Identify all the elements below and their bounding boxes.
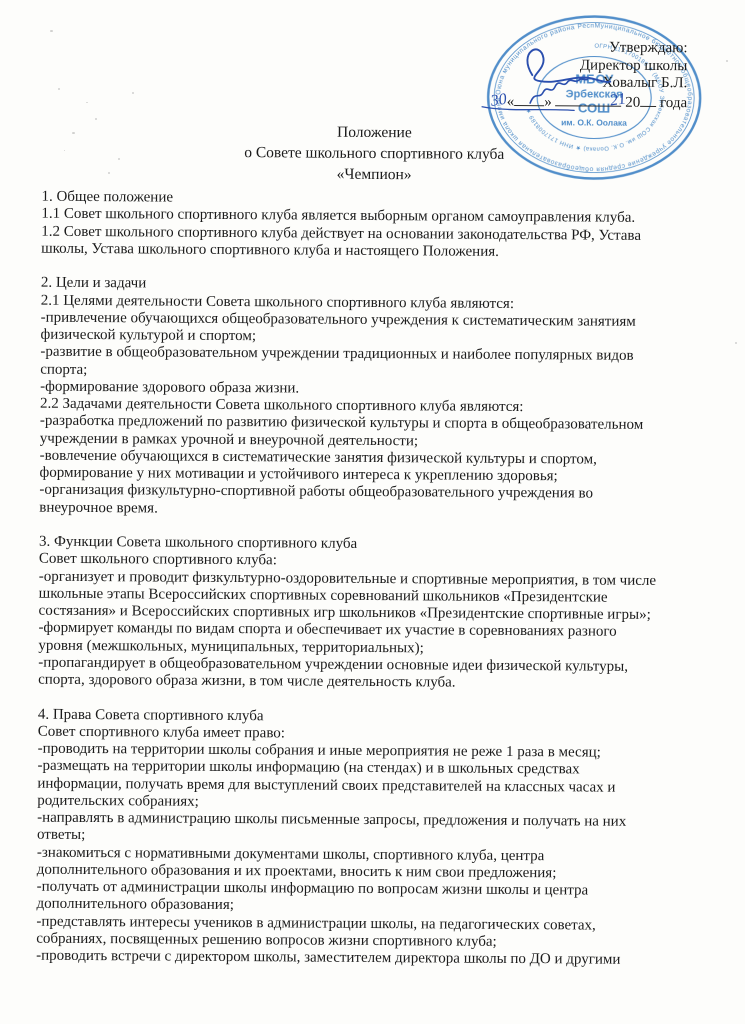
document-body: 1. Общее положение1.1 Совет школьного сп… bbox=[36, 189, 741, 970]
handwritten-day: 30 bbox=[489, 91, 508, 110]
handwritten-year: 21 bbox=[609, 90, 627, 109]
handwritten-month-scribble bbox=[530, 79, 587, 104]
signature-scribble: 30 21 bbox=[468, 41, 684, 120]
document-title: Положениео Совете школьного спортивного … bbox=[2, 121, 745, 189]
document-content: Муниципальное бюджетное общеобразователь… bbox=[0, 0, 745, 1024]
text-line: «Чемпион» bbox=[2, 163, 745, 189]
text-line: -проводить встречи с директором школы, з… bbox=[36, 948, 736, 970]
signature-flourish bbox=[527, 49, 610, 82]
scanned-document-page: Муниципальное бюджетное общеобразователь… bbox=[0, 0, 745, 1024]
